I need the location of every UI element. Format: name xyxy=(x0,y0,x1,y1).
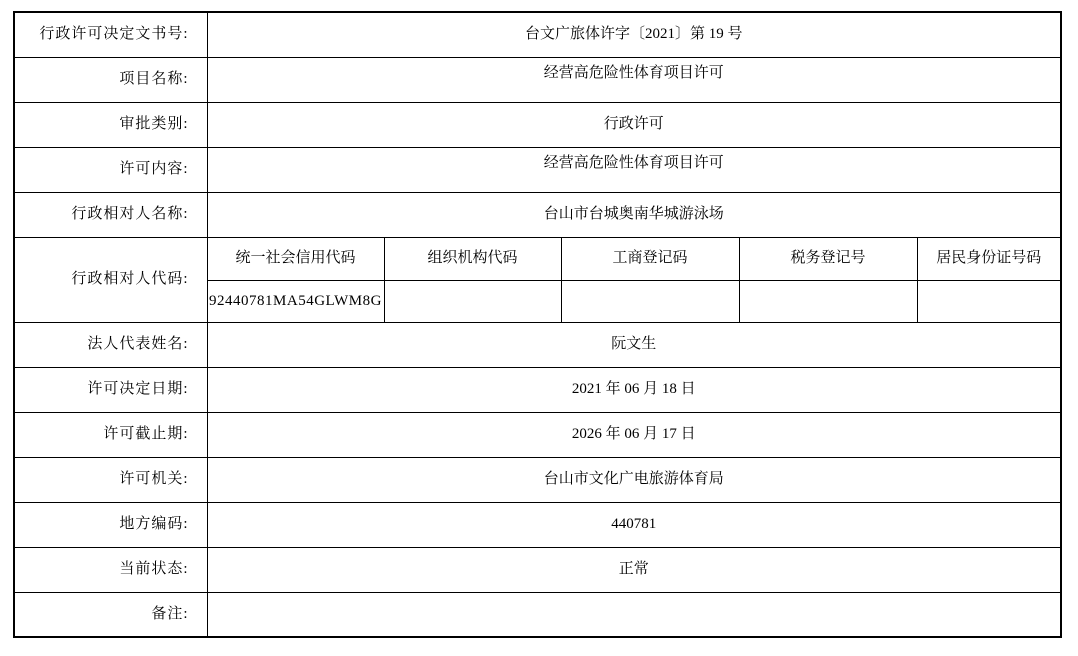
row-approval-category: 审批类别: 行政许可 xyxy=(14,102,1061,147)
legal-representative-label: 法人代表姓名: xyxy=(14,322,207,367)
project-name-label: 项目名称: xyxy=(14,57,207,102)
unified-social-credit-code-value: 92440781MA54GLWM8G xyxy=(207,280,384,322)
organization-code-value xyxy=(384,280,561,322)
counterpart-name-label: 行政相对人名称: xyxy=(14,192,207,237)
licensing-authority-label: 许可机关: xyxy=(14,457,207,502)
row-licensing-authority: 许可机关: 台山市文化广电旅游体育局 xyxy=(14,457,1061,502)
counterpart-name-value: 台山市台城奥南华城游泳场 xyxy=(207,192,1061,237)
expiry-date-value: 2026 年 06 月 17 日 xyxy=(207,412,1061,457)
tax-registration-number-header: 税务登记号 xyxy=(739,237,917,280)
organization-code-header: 组织机构代码 xyxy=(384,237,561,280)
row-project-name: 项目名称: 经营高危险性体育项目许可 xyxy=(14,57,1061,102)
row-counterpart-code-headers: 行政相对人代码: 统一社会信用代码 组织机构代码 工商登记码 税务登记号 居民身… xyxy=(14,237,1061,280)
row-expiry-date: 许可截止期: 2026 年 06 月 17 日 xyxy=(14,412,1061,457)
row-license-content: 许可内容: 经营高危险性体育项目许可 xyxy=(14,147,1061,192)
resident-id-number-value xyxy=(917,280,1061,322)
license-content-value: 经营高危险性体育项目许可 xyxy=(207,147,1061,192)
current-status-label: 当前状态: xyxy=(14,547,207,592)
document-number-label: 行政许可决定文书号: xyxy=(14,12,207,57)
expiry-date-label: 许可截止期: xyxy=(14,412,207,457)
remarks-value xyxy=(207,592,1061,637)
counterpart-code-label: 行政相对人代码: xyxy=(14,237,207,322)
region-code-value: 440781 xyxy=(207,502,1061,547)
row-decision-date: 许可决定日期: 2021 年 06 月 18 日 xyxy=(14,367,1061,412)
approval-category-value: 行政许可 xyxy=(207,102,1061,147)
remarks-label: 备注: xyxy=(14,592,207,637)
unified-social-credit-code-header: 统一社会信用代码 xyxy=(207,237,384,280)
business-registration-code-value xyxy=(561,280,739,322)
row-legal-representative: 法人代表姓名: 阮文生 xyxy=(14,322,1061,367)
row-current-status: 当前状态: 正常 xyxy=(14,547,1061,592)
tax-registration-number-value xyxy=(739,280,917,322)
project-name-value: 经营高危险性体育项目许可 xyxy=(207,57,1061,102)
approval-category-label: 审批类别: xyxy=(14,102,207,147)
document-number-value: 台文广旅体许字〔2021〕第 19 号 xyxy=(207,12,1061,57)
business-registration-code-header: 工商登记码 xyxy=(561,237,739,280)
current-status-value: 正常 xyxy=(207,547,1061,592)
resident-id-number-header: 居民身份证号码 xyxy=(917,237,1061,280)
license-content-label: 许可内容: xyxy=(14,147,207,192)
row-document-number: 行政许可决定文书号: 台文广旅体许字〔2021〕第 19 号 xyxy=(14,12,1061,57)
row-remarks: 备注: xyxy=(14,592,1061,637)
license-info-table: 行政许可决定文书号: 台文广旅体许字〔2021〕第 19 号 项目名称: 经营高… xyxy=(13,11,1062,638)
row-counterpart-name: 行政相对人名称: 台山市台城奥南华城游泳场 xyxy=(14,192,1061,237)
decision-date-label: 许可决定日期: xyxy=(14,367,207,412)
row-region-code: 地方编码: 440781 xyxy=(14,502,1061,547)
decision-date-value: 2021 年 06 月 18 日 xyxy=(207,367,1061,412)
legal-representative-value: 阮文生 xyxy=(207,322,1061,367)
region-code-label: 地方编码: xyxy=(14,502,207,547)
licensing-authority-value: 台山市文化广电旅游体育局 xyxy=(207,457,1061,502)
